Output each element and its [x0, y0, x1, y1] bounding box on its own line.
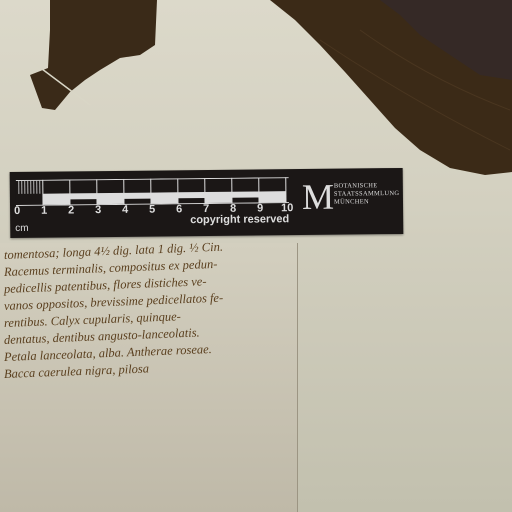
handwritten-label: tomentosa; longa 4½ dig. lata 1 dig. ½ C…	[0, 243, 298, 512]
copyright-text: copyright reserved	[190, 213, 289, 226]
leaf-fragment-left	[0, 0, 170, 115]
ruler-scale-bar	[16, 177, 289, 206]
label-text: tomentosa; longa 4½ dig. lata 1 dig. ½ C…	[4, 247, 294, 383]
leaf-large-right	[260, 0, 512, 180]
tick-1: 1	[41, 205, 47, 217]
unit-label: cm	[15, 223, 28, 234]
tick-0: 0	[14, 205, 20, 217]
tick-5: 5	[149, 204, 155, 216]
scale-ruler: 0 1 2 3 4 5 6 7 8 9 10 cm copyright rese…	[10, 168, 404, 238]
logo-leaf-m-icon: M	[302, 179, 334, 215]
institution-name: BOTANISCHE STAATSSAMMLUNG MÜNCHEN	[334, 182, 400, 207]
tick-4: 4	[122, 204, 128, 216]
institution-logo: M BOTANISCHE STAATSSAMMLUNG MÜNCHEN	[302, 176, 402, 217]
tick-6: 6	[176, 203, 182, 215]
tick-2: 2	[68, 204, 74, 216]
tick-3: 3	[95, 204, 101, 216]
